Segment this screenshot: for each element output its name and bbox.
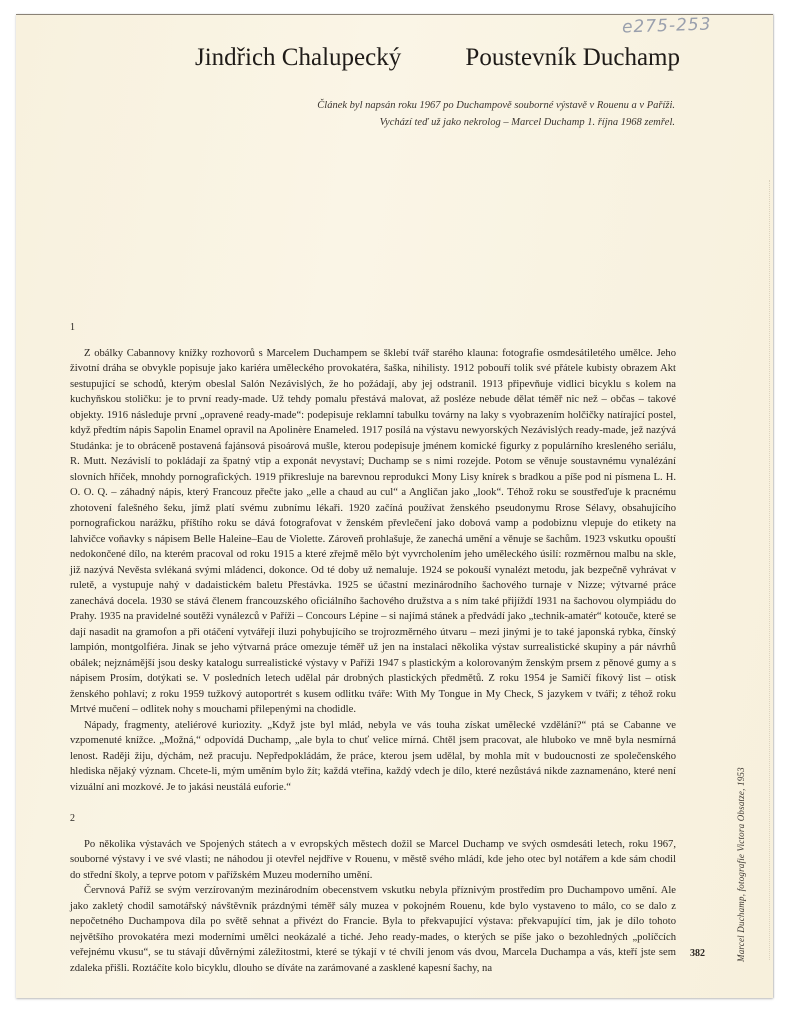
subtitle-line: Vychází teď už jako nekrolog – Marcel Du… xyxy=(317,114,675,131)
subtitle-line: Článek byl napsán roku 1967 po Duchampov… xyxy=(317,97,675,114)
paragraph: Nápady, fragmenty, ateliérové kuriozity.… xyxy=(70,718,676,796)
section-number: 2 xyxy=(70,811,676,827)
paragraph: Z obálky Cabannovy knížky rozhovorů s Ma… xyxy=(70,346,676,718)
article-title: Poustevník Duchamp xyxy=(465,44,680,72)
paragraph: Po několika výstavách ve Spojených státe… xyxy=(70,837,676,884)
photo-credit-caption: Marcel Duchamp, fotografie Victora Obsat… xyxy=(736,767,746,962)
article-heading: Jindřich Chalupecký Poustevník Duchamp xyxy=(195,44,680,72)
section-number: 1 xyxy=(70,320,676,336)
author-name: Jindřich Chalupecký xyxy=(195,44,401,72)
article-body: 1 Z obálky Cabannovy knížky rozhovorů s … xyxy=(70,320,676,976)
paper-edge-wear xyxy=(769,180,776,960)
article-subtitle: Článek byl napsán roku 1967 po Duchampov… xyxy=(317,97,675,131)
paragraph: Červnová Paříž se svým verzírovaným mezi… xyxy=(70,883,676,976)
pencil-catalog-note: e275-253 xyxy=(622,14,712,37)
page-number: 382 xyxy=(690,948,705,959)
